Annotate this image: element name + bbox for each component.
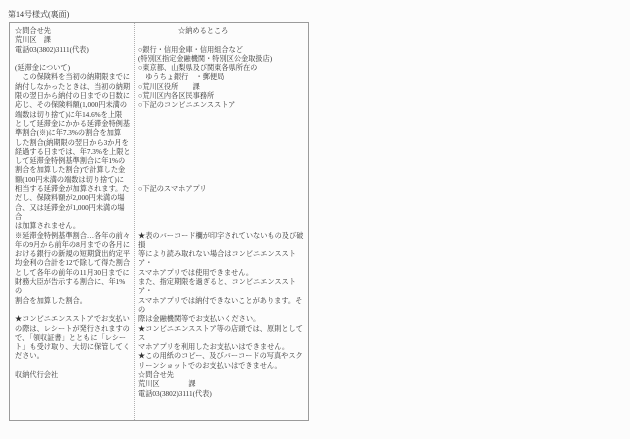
smartphone-app-line: ○下記のスマホアプリ (138, 185, 305, 194)
inquiry-office-bottom: 荒川区 課 (138, 380, 305, 389)
late-fee-body: この保険料を当初の納期限までに 納付しなかったときは、当初の納期 限の翌日から納… (15, 73, 131, 231)
payment-places-heading: ☆納めるところ (138, 27, 305, 36)
late-fee-section: (延滞金について) この保険料を当初の納期限までに 納付しなかったときは、当初の… (15, 64, 131, 306)
inquiry-phone-bottom: 電話03(3802)3111(代表) (138, 390, 305, 399)
payment-places-list: ○銀行・信用金庫・信用組合など (特別区指定金融機関・特別区公金取扱店) ○東京… (138, 46, 305, 111)
form-number-label: 第14号様式(裏面) (8, 10, 69, 20)
scanned-form-page: 第14号様式(裏面) ☆問合せ先 荒川区 課 電話03(3802)3111(代表… (0, 0, 630, 439)
inquiry-heading-top: ☆問合せ先 (15, 27, 131, 36)
inquiry-contact-top: ☆問合せ先 荒川区 課 電話03(3802)3111(代表) (15, 27, 131, 55)
right-column: ☆納めるところ ○銀行・信用金庫・信用組合など (特別区指定金融機関・特別区公金… (134, 23, 308, 420)
late-fee-note: ※延滞金特例基準割合…各年の前々 年の9月から前年の8月までの各月に おける銀行… (15, 232, 131, 306)
receipt-note: ★コンビニエンスストアでお支払い の際は、レシートが発行されますの で、「領収証… (15, 315, 131, 361)
inquiry-phone-top: 電話03(3802)3111(代表) (15, 46, 131, 55)
left-column: ☆問合せ先 荒川区 課 電話03(3802)3111(代表) (延滞金について)… (10, 23, 134, 420)
inquiry-contact-bottom: ☆問合せ先 荒川区 課 電話03(3802)3111(代表) (138, 371, 305, 399)
form-body-box: ☆問合せ先 荒川区 課 電話03(3802)3111(代表) (延滞金について)… (9, 22, 309, 421)
inquiry-office-top: 荒川区 課 (15, 36, 131, 45)
barcode-usage-notes: ★表のバーコード欄が印字されていないもの及び破損 等により読み取れない場合はコン… (138, 232, 305, 371)
collection-agent-label: 収納代行会社 (15, 371, 131, 380)
inquiry-heading-bottom: ☆問合せ先 (138, 371, 305, 380)
